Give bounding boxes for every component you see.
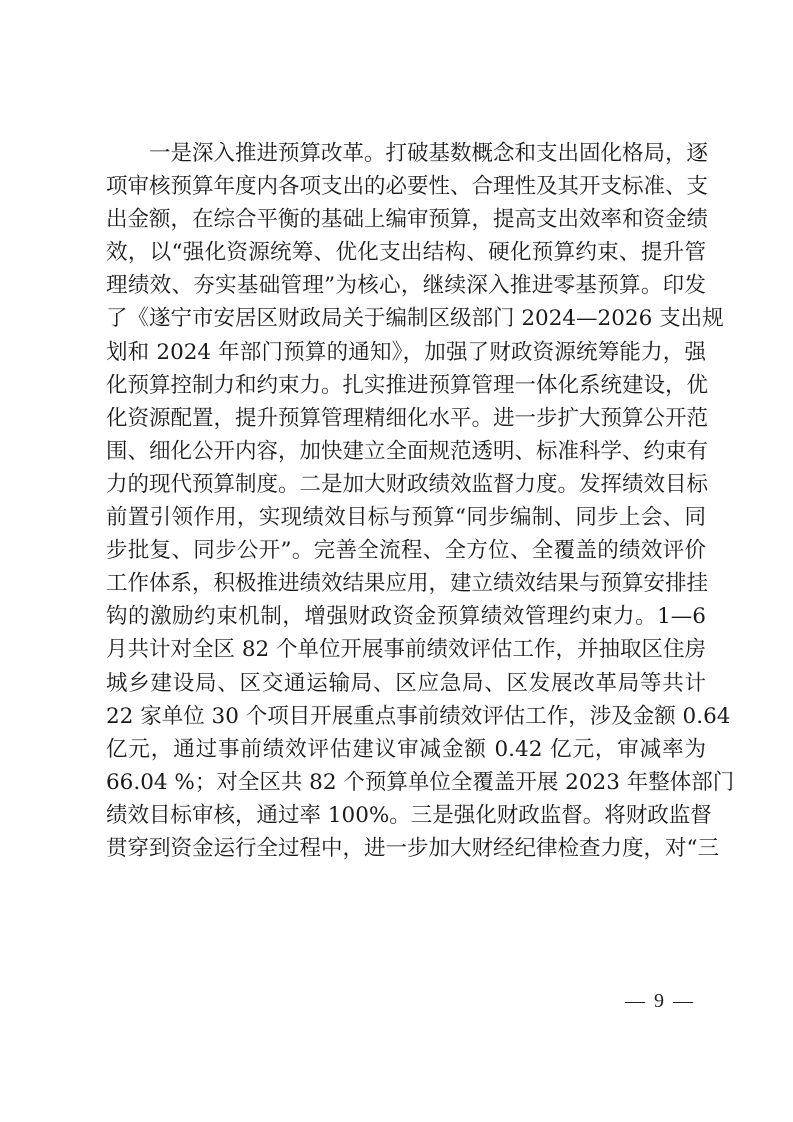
body-paragraph: 一是深入推进预算改革。打破基数概念和支出固化格局，逐 项审核预算年度内各项支出的…	[106, 137, 706, 865]
text-line: 贯穿到资金运行全过程中，进一步加大财经纪律检查力度，对“三	[106, 832, 706, 865]
text-line: 出金额，在综合平衡的基础上编审预算，提高支出效率和资金绩	[106, 203, 706, 236]
document-page: 一是深入推进预算改革。打破基数概念和支出固化格局，逐 项审核预算年度内各项支出的…	[0, 0, 793, 1122]
text-line: 亿元，通过事前绩效评估建议审减金额 0.42 亿元，审减率为	[106, 733, 706, 766]
text-line: 化资源配置，提升预算管理精细化水平。进一步扩大预算公开范	[106, 402, 706, 435]
text-line: 绩效目标审核，通过率 100%。三是强化财政监督。将财政监督	[106, 799, 706, 832]
text-line: 力的现代预算制度。二是加大财政绩效监督力度。发挥绩效目标	[106, 468, 706, 501]
text-line: 化预算控制力和约束力。扎实推进预算管理一体化系统建设，优	[106, 369, 706, 402]
text-line: 效，以“强化资源统筹、优化支出结构、硬化预算约束、提升管	[106, 236, 706, 269]
text-line: 钩的激励约束机制，增强财政资金预算绩效管理约束力。1—6	[106, 600, 706, 633]
text-line: 划和 2024 年部门预算的通知》，加强了财政资源统筹能力，强	[106, 336, 706, 369]
text-line: 前置引领作用，实现绩效目标与预算“同步编制、同步上会、同	[106, 501, 706, 534]
text-line: 月共计对全区 82 个单位开展事前绩效评估工作，并抽取区住房	[106, 633, 706, 666]
page-number: — 9 —	[620, 990, 700, 1013]
text-line: 了《遂宁市安居区财政局关于编制区级部门 2024—2026 支出规	[106, 302, 706, 335]
text-line: 22 家单位 30 个项目开展重点事前绩效评估工作，涉及金额 0.64	[106, 700, 706, 733]
text-line: 一是深入推进预算改革。打破基数概念和支出固化格局，逐	[106, 137, 706, 170]
text-line: 理绩效、夯实基础管理”为核心，继续深入推进零基预算。印发	[106, 269, 706, 302]
text-line: 工作体系，积极推进绩效结果应用，建立绩效结果与预算安排挂	[106, 567, 706, 600]
text-line: 66.04 %；对全区共 82 个预算单位全覆盖开展 2023 年整体部门	[106, 766, 706, 799]
text-line: 城乡建设局、区交通运输局、区应急局、区发展改革局等共计	[106, 667, 706, 700]
text-line: 步批复、同步公开”。完善全流程、全方位、全覆盖的绩效评价	[106, 534, 706, 567]
text-line: 项审核预算年度内各项支出的必要性、合理性及其开支标准、支	[106, 170, 706, 203]
text-line: 围、细化公开内容，加快建立全面规范透明、标准科学、约束有	[106, 435, 706, 468]
